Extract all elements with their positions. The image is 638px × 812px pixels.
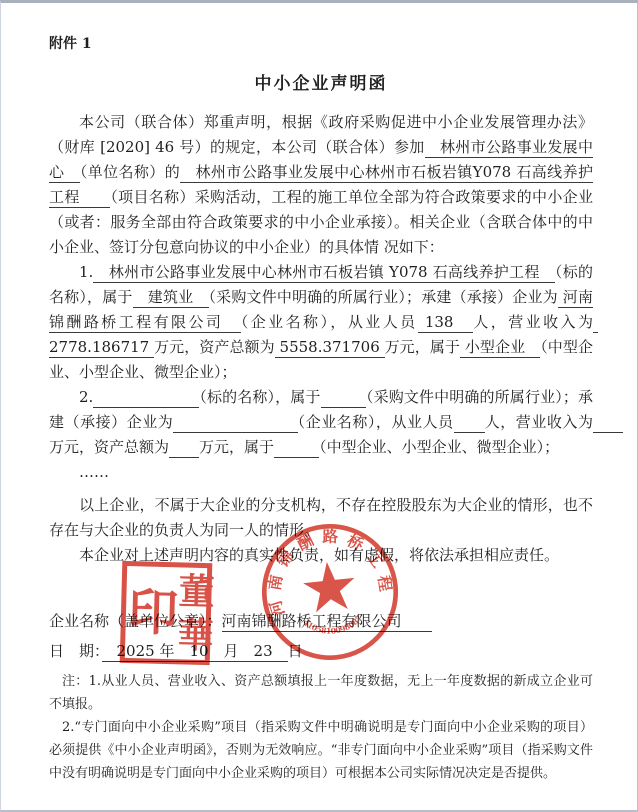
note-2: 2.“专门面向中小企业采购”项目（指采购文件中明确说明是专门面向中小企业采购的项… [49, 716, 593, 785]
seal-char-bottom: 華 [177, 614, 214, 657]
filled-blank [454, 413, 485, 433]
filled-blank: 小型企业 [460, 338, 540, 358]
declaration-intro-paragraph: 本公司（联合体）郑重声明，根据《政府采购促进中小企业发展管理办法》（财库 [20… [49, 110, 593, 260]
declaration-document-page: 附件 1 中小企业声明函 本公司（联合体）郑重声明，根据《政府采购促进中小企业发… [0, 0, 638, 812]
seal-right-column: 董 華 [177, 570, 215, 657]
text-run: （企业名称），从业人员 [241, 313, 418, 331]
filled-blank [169, 438, 199, 458]
filled-blank: 林州市公路事业发展中心林州市石板岩镇 Y078 石高线养护工程 [93, 263, 555, 283]
seal-star-icon [301, 559, 357, 613]
date-label: 日 期： [49, 642, 102, 660]
text-run: （项目名称）采购活动，工程的施工单位全部为符合政策要求的中小企业（或者：服务全部… [49, 188, 593, 256]
filled-blank [93, 388, 199, 408]
document-content: 附件 1 中小企业声明函 本公司（联合体）郑重声明，根据《政府采购促进中小企业发… [49, 33, 593, 785]
filled-blank [173, 413, 297, 433]
text-run: （标的名称），属于 [199, 388, 320, 406]
text-run: （单位名称）的 [80, 163, 180, 181]
text-run: 万元，资产总额为 [154, 338, 275, 356]
seal-char-top: 董 [178, 570, 215, 613]
seal-registration-number: 4105810098087 [301, 612, 366, 639]
text-run: （企业名称），从业人员 [298, 413, 454, 431]
ellipsis-line: …… [49, 460, 593, 485]
text-run: 人，营业收入为 [485, 413, 593, 431]
item-1-paragraph: 1. 林州市公路事业发展中心林州市石板岩镇 Y078 石高线养护工程 （标的名称… [49, 260, 593, 385]
text-run: （采购文件中明确的所属行业）；承建（承接）企业为 [209, 288, 558, 306]
filled-blank [321, 388, 366, 408]
notes-section: 注：1.从业人员、营业收入、资产总额填报上一年度数据，无上一年度数据的新成立企业… [49, 670, 593, 785]
text-run: …… [79, 463, 109, 481]
text-run: 2. [79, 388, 93, 406]
text-run: 注：1.从业人员、营业收入、资产总额填报上一年度数据，无上一年度数据的新成立企业… [49, 674, 593, 712]
filled-blank: 138 [418, 313, 474, 333]
attachment-label: 附件 1 [49, 33, 593, 53]
seal-char-yin: 印 [127, 568, 179, 657]
filled-blank [593, 413, 623, 433]
filled-blank: 建筑业 [133, 288, 209, 308]
text-run: 1. [79, 263, 93, 281]
square-personal-seal: 印 董 華 [120, 561, 213, 665]
text-run: 万元，属于 [385, 338, 460, 356]
item-2-paragraph: 2. （标的名称），属于 （采购文件中明确的所属行业）；承建（承接）企业为 （企… [49, 385, 593, 460]
filled-blank: 5558.371706 [275, 338, 385, 358]
text-run: 万元，资产总额为 [49, 438, 169, 456]
filled-blank [274, 438, 319, 458]
note-1: 注：1.从业人员、营业收入、资产总额填报上一年度数据，无上一年度数据的新成立企业… [49, 670, 593, 716]
text-run: 万元，属于 [199, 438, 274, 456]
document-title: 中小企业声明函 [49, 69, 593, 94]
text-run: 2.“专门面向中小企业采购”项目（指采购文件中明确说明是专门面向中小企业采购的项… [49, 720, 593, 781]
text-run: （中型企业、小型企业、微型企业）； [319, 438, 559, 456]
round-company-seal: 河南锦酬路桥工程有限公司 4105810098087 [250, 512, 410, 672]
text-run: 人，营业收入为 [473, 313, 593, 331]
